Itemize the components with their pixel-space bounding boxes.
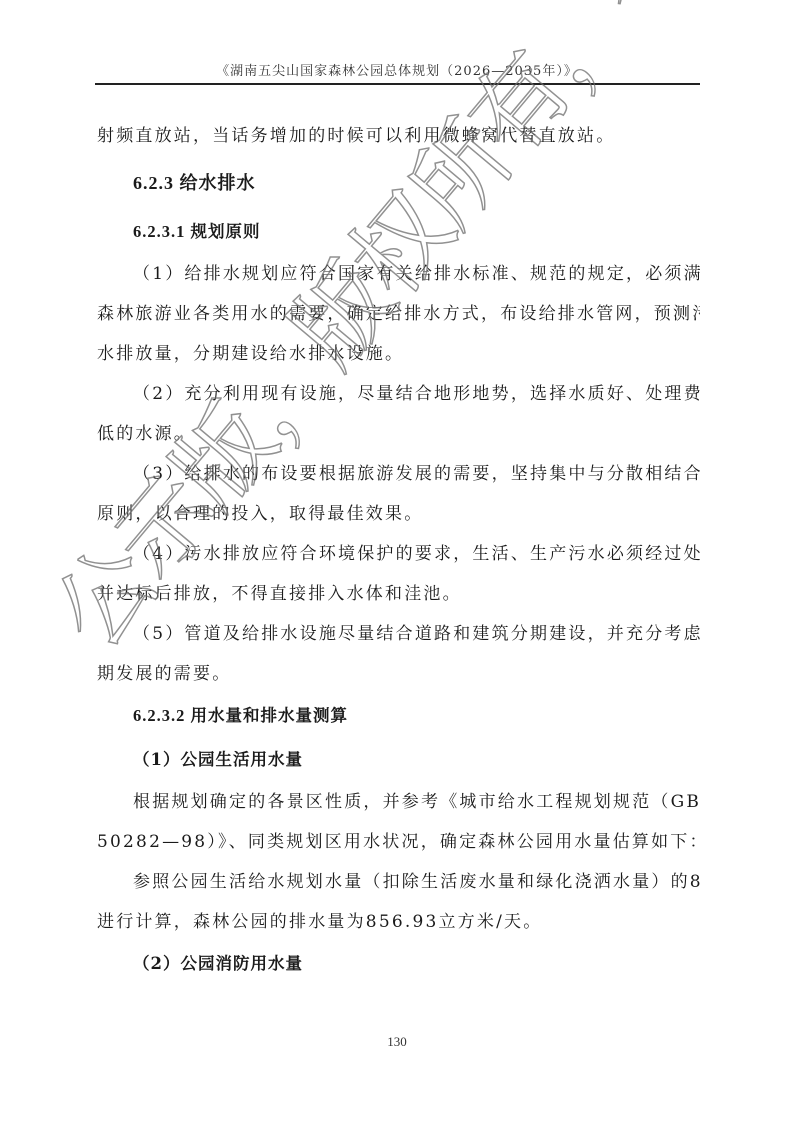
item-heading-domestic-water: （1）公园生活用水量 xyxy=(97,738,700,782)
paragraph-line: 原则，以合理的投入，取得最佳效果。 xyxy=(97,494,700,534)
subsection-heading-6-2-3-1: 6.2.3.1 规划原则 xyxy=(97,210,700,254)
continuation-text: 射频直放站，当话务增加的时候可以利用微蜂窝代替直放站。 xyxy=(97,116,700,156)
principle-5: （5）管道及给排水设施尽量结合道路和建筑分期建设，并充分考虑远 期发展的需要。 xyxy=(97,614,700,694)
paragraph-line: 低的水源。 xyxy=(97,414,700,454)
paragraph-line: （3）给排水的布设要根据旅游发展的需要，坚持集中与分散相结合的 xyxy=(97,454,700,494)
paragraph-line: （5）管道及给排水设施尽量结合道路和建筑分期建设，并充分考虑远 xyxy=(97,614,700,654)
paragraph-line: （1）给排水规划应符合国家有关给排水标准、规范的规定，必须满足 xyxy=(97,254,700,294)
item-heading-fire-water: （2）公园消防用水量 xyxy=(97,942,700,986)
principle-3: （3）给排水的布设要根据旅游发展的需要，坚持集中与分散相结合的 原则，以合理的投… xyxy=(97,454,700,534)
paragraph-line: 根据规划确定的各景区性质，并参考《城市给水工程规划规范（GB xyxy=(97,782,700,822)
header-divider xyxy=(95,83,700,85)
paragraph-line: 并达标后排放，不得直接排入水体和洼池。 xyxy=(97,574,700,614)
page-body: 射频直放站，当话务增加的时候可以利用微蜂窝代替直放站。 6.2.3 给水排水 6… xyxy=(97,116,700,986)
paragraph-line: 水排放量，分期建设给水排水设施。 xyxy=(97,334,700,374)
paragraph-line: 50282—98）》、同类规划区用水状况，确定森林公园用水量估算如下： xyxy=(97,822,700,862)
section-heading-6-2-3: 6.2.3 给水排水 xyxy=(97,156,700,210)
domestic-water-para-2: 参照公园生活给水规划水量（扣除生活废水量和绿化浇洒水量）的80% 进行计算，森林… xyxy=(97,862,700,942)
paragraph-line: 进行计算，森林公园的排水量为856.93立方米/天。 xyxy=(97,902,700,942)
paragraph-line: （2）充分利用现有设施，尽量结合地形地势，选择水质好、处理费用 xyxy=(97,374,700,414)
page-number: 130 xyxy=(0,1034,794,1050)
document-header: 《湖南五尖山国家森林公园总体规划（2026—2035年）》 xyxy=(0,60,794,79)
paragraph-line: 参照公园生活给水规划水量（扣除生活废水量和绿化浇洒水量）的80% xyxy=(97,862,700,902)
paragraph-line: （4）污水排放应符合环境保护的要求，生活、生产污水必须经过处理 xyxy=(97,534,700,574)
principle-2: （2）充分利用现有设施，尽量结合地形地势，选择水质好、处理费用 低的水源。 xyxy=(97,374,700,454)
subsection-heading-6-2-3-2: 6.2.3.2 用水量和排水量测算 xyxy=(97,694,700,738)
principle-4: （4）污水排放应符合环境保护的要求，生活、生产污水必须经过处理 并达标后排放，不… xyxy=(97,534,700,614)
domestic-water-para-1: 根据规划确定的各景区性质，并参考《城市给水工程规划规范（GB 50282—98）… xyxy=(97,782,700,862)
principle-1: （1）给排水规划应符合国家有关给排水标准、规范的规定，必须满足 森林旅游业各类用… xyxy=(97,254,700,374)
paragraph-line: 森林旅游业各类用水的需要，确定给排水方式，布设给排水管网，预测污 xyxy=(97,294,700,334)
paragraph-line: 期发展的需要。 xyxy=(97,654,700,694)
